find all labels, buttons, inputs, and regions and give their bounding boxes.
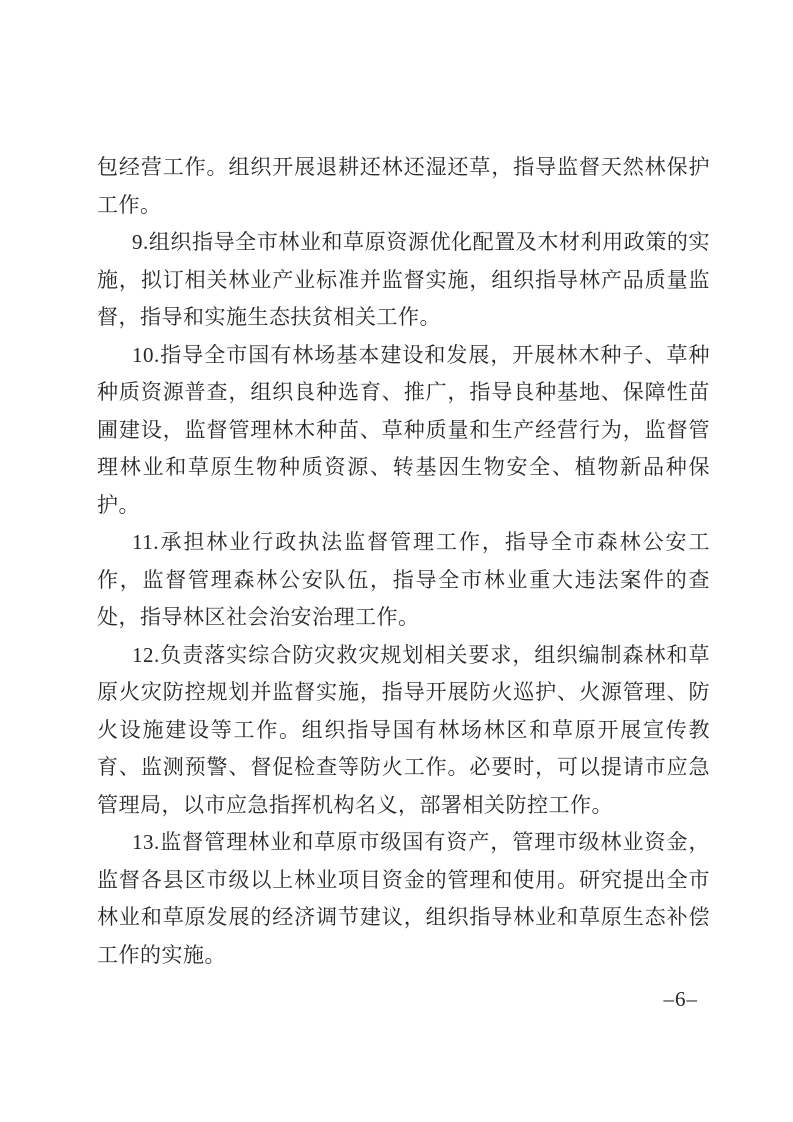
document-body: 包经营工作。组织开展退耕还林还湿还草，指导监督天然林保护工作。 9.组织指导全市… xyxy=(0,0,793,974)
paragraph-item-11: 11.承担林业行政执法监督管理工作，指导全市森林公安工作，监督管理森林公安队伍，… xyxy=(97,524,710,637)
paragraph-item-9: 9.组织指导全市林业和草原资源优化配置及木材利用政策的实施，拟订相关林业产业标准… xyxy=(97,224,710,337)
page-number: –6– xyxy=(664,987,699,1011)
paragraph-item-13: 13.监督管理林业和草原市级国有资产，管理市级林业资金，监督各县区市级以上林业项… xyxy=(97,824,710,974)
paragraph-item-10: 10.指导全市国有林场基本建设和发展，开展林木种子、草种种质资源普查，组织良种选… xyxy=(97,337,710,525)
paragraph-continuation: 包经营工作。组织开展退耕还林还湿还草，指导监督天然林保护工作。 xyxy=(97,149,710,224)
document-page: 包经营工作。组织开展退耕还林还湿还草，指导监督天然林保护工作。 9.组织指导全市… xyxy=(0,0,793,1122)
paragraph-item-12: 12.负责落实综合防灾救灾规划相关要求，组织编制森林和草原火灾防控规划并监督实施… xyxy=(97,637,710,825)
